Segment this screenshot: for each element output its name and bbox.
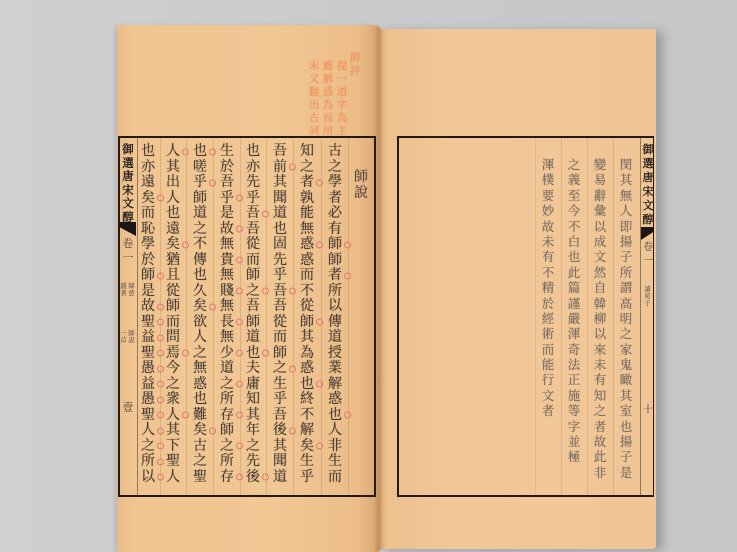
column-rule — [613, 138, 614, 495]
glyph: 解 — [299, 423, 315, 439]
red-commentary-column: 末又翻出古詞 — [308, 60, 320, 138]
glyph: 而 — [140, 206, 156, 222]
text-column: 古之學者必有師師者所以傳道授業解惑也人非生而 — [327, 144, 343, 485]
glyph: 也 — [566, 249, 582, 264]
glyph: 師 — [353, 169, 369, 185]
glyph: 著 — [120, 290, 127, 297]
punctuation-circle — [182, 412, 189, 419]
glyph: 而 — [245, 253, 261, 269]
text-column: 吾前其聞道也固先乎吾吾從而師之生乎吾後其聞道 — [272, 144, 288, 485]
punctuation-circle — [236, 257, 243, 264]
glyph: 不 — [566, 219, 582, 234]
glyph: 未 — [592, 357, 608, 372]
punctuation-circle — [316, 241, 323, 248]
column-rule — [213, 138, 214, 495]
glyph: 也 — [165, 206, 181, 222]
glyph: 吾 — [272, 408, 288, 424]
glyph: 師 — [272, 346, 288, 362]
glyph: 然 — [592, 265, 608, 280]
glyph: 少 — [219, 346, 235, 362]
punctuation-circle — [316, 443, 323, 450]
glyph: 卷 — [120, 237, 136, 251]
glyph: 惑 — [192, 377, 208, 393]
glyph: 義 — [566, 172, 582, 187]
glyph: 生 — [299, 454, 315, 470]
punctuation-circle — [209, 148, 216, 155]
glyph: 以 — [327, 299, 343, 315]
glyph: 惑 — [322, 86, 334, 99]
glyph: 即 — [618, 219, 634, 234]
glyph: 首 — [120, 337, 127, 344]
glyph: 揚 — [618, 434, 634, 449]
glyph: 前 — [272, 160, 288, 176]
glyph: 道 — [272, 470, 288, 486]
punctuation-circle — [316, 381, 323, 388]
glyph: 其 — [618, 172, 634, 187]
glyph: 乎 — [219, 191, 235, 207]
text-column: 也嗟乎師道之不傳也久矣欲人之無惑也難矣古之聖 — [192, 144, 208, 485]
glyph: 生 — [272, 377, 288, 393]
glyph: 聞 — [272, 191, 288, 207]
left-banxin-line — [137, 138, 138, 495]
glyph: 變 — [592, 157, 608, 172]
glyph: 人 — [165, 470, 181, 486]
glyph: 聖 — [140, 315, 156, 331]
glyph: 能 — [540, 357, 556, 372]
glyph: 經 — [540, 311, 556, 326]
glyph: 其 — [618, 388, 634, 403]
red-commentary-column: 應解惑為而用 — [322, 60, 334, 138]
punctuation-circle — [182, 148, 189, 155]
glyph: 有 — [592, 372, 608, 387]
glyph: 所 — [327, 284, 343, 300]
glyph: 故 — [592, 434, 608, 449]
glyph: 之 — [165, 377, 181, 393]
punctuation-circle — [262, 350, 269, 357]
glyph: 聖 — [165, 454, 181, 470]
glyph: 人 — [165, 144, 181, 160]
glyph: 其 — [165, 160, 181, 176]
glyph: 之 — [219, 439, 235, 455]
punctuation-circle — [262, 210, 269, 217]
glyph: 道 — [272, 206, 288, 222]
glyph: 矣 — [299, 439, 315, 455]
glyph: 聖 — [192, 470, 208, 486]
glyph: 古 — [192, 439, 208, 455]
glyph: 人 — [192, 330, 208, 346]
glyph: 之 — [192, 454, 208, 470]
glyph: 醇 — [640, 213, 656, 227]
glyph: 有 — [327, 222, 343, 238]
punctuation-circle — [157, 458, 164, 465]
glyph: 恥 — [140, 222, 156, 238]
glyph: 吾 — [245, 299, 261, 315]
glyph: 也 — [192, 144, 208, 160]
punctuation-circle — [289, 288, 296, 295]
glyph: 惑 — [299, 237, 315, 253]
glyph: 無 — [299, 222, 315, 238]
glyph: 又 — [308, 73, 320, 86]
glyph: 愈 — [128, 290, 135, 297]
glyph: 子 — [618, 449, 634, 464]
glyph: 文 — [592, 249, 608, 264]
glyph: 也 — [272, 222, 288, 238]
column-rule — [587, 138, 588, 495]
glyph: 御 — [120, 143, 136, 157]
glyph: 之 — [192, 222, 208, 238]
glyph: 者 — [540, 403, 556, 418]
glyph: 翻 — [308, 86, 320, 99]
banxin-note: 讀荀子 — [644, 286, 651, 307]
glyph: 知 — [245, 392, 261, 408]
glyph: 乎 — [299, 470, 315, 486]
glyph: 之 — [245, 284, 261, 300]
glyph: 一 — [120, 251, 136, 265]
glyph: 之 — [566, 157, 582, 172]
glyph: 人 — [327, 423, 343, 439]
commentary-column: 變易辭彙以成文然自韓柳以來未有知之者故此非 — [592, 157, 608, 480]
glyph: 也 — [140, 144, 156, 160]
glyph: 所 — [219, 454, 235, 470]
glyph: 為 — [322, 99, 334, 112]
glyph: 唐 — [640, 171, 656, 185]
glyph: 壹 — [120, 401, 136, 415]
glyph: 道 — [245, 330, 261, 346]
punctuation-circle — [157, 319, 164, 326]
punctuation-circle — [182, 350, 189, 357]
right-page-border-frame — [397, 136, 654, 497]
glyph: 妙 — [540, 203, 556, 218]
commentary-column: 之義至今不白也此篇謹嚴渾奇法正施等字並極 — [566, 157, 582, 465]
glyph: 嗟 — [192, 160, 208, 176]
punctuation-circle — [316, 319, 323, 326]
glyph: 無 — [219, 237, 235, 253]
glyph: 以 — [140, 470, 156, 486]
glyph: 生 — [219, 144, 235, 160]
punctuation-circle — [157, 474, 164, 481]
glyph: 自 — [592, 280, 608, 295]
punctuation-circle — [236, 381, 243, 388]
glyph: 亦 — [140, 160, 156, 176]
glyph: 至 — [566, 188, 582, 203]
glyph: 法 — [566, 357, 582, 372]
glyph: 故 — [540, 219, 556, 234]
glyph: 術 — [540, 326, 556, 341]
glyph: 評 — [349, 65, 361, 78]
glyph: 非 — [327, 439, 343, 455]
glyph: 師 — [192, 191, 208, 207]
glyph: 無 — [618, 188, 634, 203]
glyph: 瞰 — [618, 372, 634, 387]
glyph: 師 — [299, 315, 315, 331]
glyph: 而 — [327, 470, 343, 486]
text-column: 知之者孰能無惑惑而不從師其為惑也終不解矣生乎 — [299, 144, 315, 485]
glyph: 今 — [165, 361, 181, 377]
glyph: 為 — [299, 346, 315, 362]
glyph: 非 — [592, 465, 608, 480]
glyph: 益 — [140, 377, 156, 393]
glyph: 惑 — [327, 392, 343, 408]
punctuation-circle — [236, 443, 243, 450]
glyph: 後 — [272, 423, 288, 439]
glyph: 也 — [618, 419, 634, 434]
glyph: 乎 — [272, 392, 288, 408]
glyph: 而 — [165, 315, 181, 331]
glyph: 揚 — [618, 234, 634, 249]
glyph: 孰 — [299, 191, 315, 207]
glyph: 古 — [327, 144, 343, 160]
punctuation-circle — [157, 381, 164, 388]
glyph: 解 — [327, 377, 343, 393]
glyph: 說 — [128, 337, 135, 344]
glyph: 精 — [540, 280, 556, 295]
glyph: 夫 — [245, 361, 261, 377]
glyph: 等 — [566, 403, 582, 418]
glyph: 授 — [327, 346, 343, 362]
red-commentary-column: 御評 — [349, 52, 361, 78]
punctuation-circle — [157, 334, 164, 341]
punctuation-circle — [236, 226, 243, 233]
banxin-note: 一首 — [120, 330, 127, 344]
glyph: 也 — [192, 392, 208, 408]
glyph: 韓 — [592, 296, 608, 311]
glyph: 無 — [192, 361, 208, 377]
glyph: 提 — [336, 60, 348, 73]
glyph: 末 — [308, 60, 320, 73]
glyph: 不 — [299, 408, 315, 424]
glyph: 樸 — [540, 172, 556, 187]
glyph: 說 — [353, 185, 369, 201]
glyph: 鬼 — [618, 357, 634, 372]
glyph: 奇 — [566, 342, 582, 357]
glyph: 彙 — [592, 203, 608, 218]
glyph: 欲 — [192, 315, 208, 331]
banxin-note: 韓愈 — [128, 283, 135, 297]
glyph: 吾 — [219, 175, 235, 191]
glyph: 出 — [165, 175, 181, 191]
glyph: 吾 — [245, 206, 261, 222]
glyph: 於 — [540, 296, 556, 311]
glyph: 吾 — [272, 284, 288, 300]
glyph: 人 — [618, 203, 634, 218]
glyph: 無 — [219, 299, 235, 315]
punctuation-circle — [344, 241, 351, 248]
glyph: 以 — [592, 219, 608, 234]
glyph: 益 — [140, 330, 156, 346]
glyph: 白 — [566, 234, 582, 249]
glyph: 以 — [592, 326, 608, 341]
glyph: 選 — [640, 157, 656, 171]
glyph: 解 — [322, 73, 334, 86]
punctuation-circle — [316, 179, 323, 186]
glyph: 唐 — [120, 170, 136, 184]
glyph: 猶 — [165, 253, 181, 269]
glyph: 道 — [219, 361, 235, 377]
glyph: 矣 — [192, 299, 208, 315]
glyph: 辭 — [592, 188, 608, 203]
glyph: 衆 — [165, 392, 181, 408]
glyph: 師 — [245, 315, 261, 331]
glyph: 十 — [640, 404, 656, 418]
column-rule — [535, 138, 536, 495]
punctuation-circle — [289, 365, 296, 372]
commentary-column: 閔其無人即揚子所謂高明之家鬼瞰其室也揚子是 — [618, 157, 634, 480]
glyph: 貴 — [219, 253, 235, 269]
glyph: 傳 — [192, 253, 208, 269]
glyph: 吾 — [245, 222, 261, 238]
glyph: 遠 — [140, 175, 156, 191]
glyph: 道 — [327, 330, 343, 346]
banxin-note: 雜著 — [120, 283, 127, 297]
glyph: 故 — [140, 299, 156, 315]
column-rule — [186, 138, 187, 495]
punctuation-circle — [157, 443, 164, 450]
glyph: 庸 — [245, 377, 261, 393]
glyph: 文 — [120, 197, 136, 211]
glyph: 嚴 — [566, 311, 582, 326]
glyph: 主 — [336, 125, 348, 138]
commentary-column: 渾樸要妙故未有不精於經術而能行文者 — [540, 157, 556, 419]
glyph: 學 — [327, 175, 343, 191]
glyph: 不 — [540, 265, 556, 280]
glyph: 御 — [640, 143, 656, 157]
glyph: 謂 — [618, 280, 634, 295]
glyph: 之 — [272, 361, 288, 377]
glyph: 也 — [245, 346, 261, 362]
glyph: 從 — [299, 299, 315, 315]
essay-title: 師說 — [353, 169, 369, 201]
glyph: 出 — [308, 99, 320, 112]
glyph: 道 — [336, 86, 348, 99]
glyph: 人 — [140, 423, 156, 439]
banxin-page-number: 壹 — [120, 401, 136, 415]
glyph: 不 — [192, 237, 208, 253]
glyph: 焉 — [165, 346, 181, 362]
glyph: 存 — [219, 408, 235, 424]
punctuation-circle — [236, 474, 243, 481]
glyph: 一 — [336, 73, 348, 86]
glyph: 文 — [540, 388, 556, 403]
glyph: 惑 — [299, 253, 315, 269]
glyph: 從 — [245, 237, 261, 253]
glyph: 聞 — [272, 454, 288, 470]
glyph: 卷 — [640, 241, 656, 255]
glyph: 其 — [299, 330, 315, 346]
glyph: 不 — [299, 284, 315, 300]
glyph: 宋 — [120, 184, 136, 198]
glyph: 明 — [618, 311, 634, 326]
punctuation-circle — [344, 412, 351, 419]
glyph: 渾 — [540, 157, 556, 172]
glyph: 宋 — [640, 185, 656, 199]
glyph: 終 — [299, 392, 315, 408]
glyph: 之 — [618, 326, 634, 341]
glyph: 固 — [272, 237, 288, 253]
glyph: 難 — [192, 408, 208, 424]
banxin-book-title: 御選唐宋文醇 — [120, 143, 136, 224]
banxin-volume: 卷一 — [120, 237, 136, 265]
column-rule — [160, 138, 161, 495]
glyph: 此 — [592, 449, 608, 464]
text-column: 生於吾乎是故無貴無賤無長無少道之所存師之所存 — [219, 144, 235, 485]
punctuation-circle — [157, 412, 164, 419]
glyph: 御 — [349, 52, 361, 65]
glyph: 從 — [165, 284, 181, 300]
glyph: 所 — [618, 265, 634, 280]
glyph: 也 — [327, 408, 343, 424]
glyph: 字 — [336, 99, 348, 112]
glyph: 學 — [140, 237, 156, 253]
glyph: 矣 — [192, 423, 208, 439]
glyph: 無 — [219, 268, 235, 284]
glyph: 室 — [618, 403, 634, 418]
glyph: 今 — [566, 203, 582, 218]
glyph: 先 — [272, 253, 288, 269]
glyph: 詞 — [308, 125, 320, 138]
glyph: 家 — [618, 342, 634, 357]
glyph: 師 — [165, 299, 181, 315]
glyph: 也 — [192, 268, 208, 284]
punctuation-circle — [209, 427, 216, 434]
glyph: 也 — [299, 377, 315, 393]
glyph: 施 — [566, 388, 582, 403]
glyph: 選 — [120, 157, 136, 171]
column-rule — [321, 138, 322, 495]
punctuation-circle — [209, 179, 216, 186]
glyph: 必 — [327, 206, 343, 222]
glyph: 謹 — [566, 296, 582, 311]
glyph: 者 — [299, 175, 315, 191]
glyph: 所 — [219, 392, 235, 408]
glyph: 要 — [540, 188, 556, 203]
glyph: 醇 — [120, 211, 136, 225]
banxin-book-title: 御選唐宋文醇 — [640, 143, 656, 227]
glyph: 聖 — [140, 408, 156, 424]
punctuation-circle — [289, 427, 296, 434]
glyph: 古 — [308, 112, 320, 125]
column-rule — [561, 138, 562, 495]
punctuation-circle — [157, 303, 164, 310]
glyph: 下 — [165, 439, 181, 455]
glyph: 業 — [327, 361, 343, 377]
text-column: 人其出人也遠矣猶且從師而問焉今之衆人其下聖人 — [165, 144, 181, 485]
glyph: 之 — [245, 439, 261, 455]
punctuation-circle — [236, 319, 243, 326]
column-rule — [293, 138, 294, 495]
punctuation-circle — [262, 288, 269, 295]
glyph: 師 — [140, 268, 156, 284]
glyph: 惑 — [299, 361, 315, 377]
glyph: 其 — [272, 175, 288, 191]
glyph: 閔 — [618, 157, 634, 172]
glyph: 此 — [566, 265, 582, 280]
column-rule — [266, 138, 267, 495]
column-rule — [240, 138, 241, 495]
red-commentary-column: 提一道字為主 — [336, 60, 348, 138]
glyph: 之 — [219, 377, 235, 393]
glyph: 賤 — [219, 284, 235, 300]
punctuation-circle — [236, 412, 243, 419]
glyph: 存 — [219, 470, 235, 486]
glyph: 矣 — [140, 191, 156, 207]
punctuation-circle — [157, 365, 164, 372]
glyph: 長 — [219, 315, 235, 331]
glyph: 成 — [592, 234, 608, 249]
glyph: 也 — [245, 144, 261, 160]
glyph: 師 — [327, 253, 343, 269]
text-column: 也亦先乎吾吾從而師之吾師道也夫庸知其年之先後 — [245, 144, 261, 485]
glyph: 傳 — [327, 315, 343, 331]
